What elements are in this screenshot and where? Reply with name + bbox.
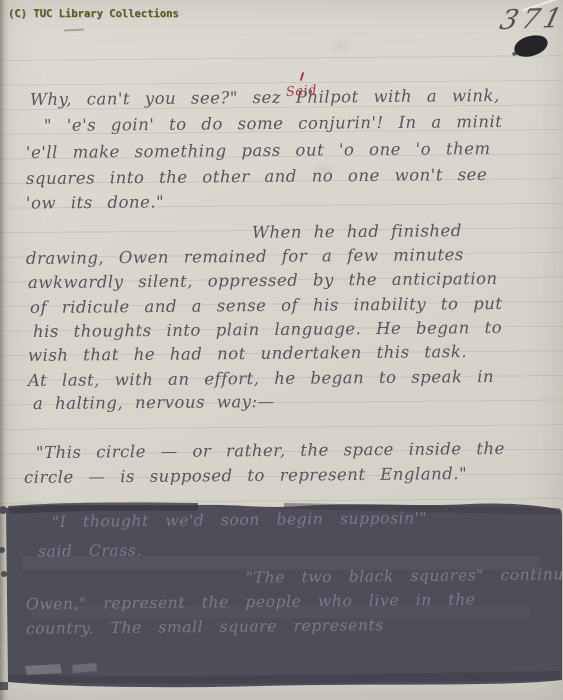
- handwriting-line: of ridicule and a sense of his inability…: [30, 294, 503, 317]
- handwriting-line: his thoughts into plain language. He beg…: [33, 318, 502, 341]
- page-left-edge: [0, 0, 9, 700]
- paper-stain: [325, 36, 355, 56]
- censored-handwriting-line: Owen," represent the people who live in …: [26, 591, 476, 614]
- handwriting-line: When he had finished: [252, 221, 462, 242]
- handwriting-line: wish that he had not undertaken this tas…: [28, 342, 467, 365]
- censored-handwriting-line: "I thought we'd soon begin supposin'": [52, 509, 427, 531]
- handwriting-line: " 'e's goin' to do some conjurin'! In a …: [44, 112, 503, 135]
- insertion-caret: [300, 72, 305, 81]
- library-watermark: (C) TUC Library Collections: [8, 8, 179, 20]
- manuscript-page: (C) TUC Library Collections 371 Why, can…: [0, 0, 563, 700]
- handwriting-line: 'ow its done.": [26, 192, 164, 212]
- censored-handwriting-line: said Crass.: [38, 541, 142, 560]
- handwriting-line: a halting, nervous way:—: [33, 392, 275, 413]
- pencil-dash: [64, 28, 84, 31]
- censored-handwriting-line: "The two black squares" continued: [246, 565, 563, 587]
- red-correction-annotation: Said: [286, 83, 318, 100]
- handwriting-line: circle — is supposed to represent Englan…: [24, 464, 467, 487]
- handwriting-line: At last, with an effort, he began to spe…: [28, 367, 494, 390]
- handwriting-line: "This circle — or rather, the space insi…: [36, 439, 505, 462]
- ink-blot-stain: [509, 33, 553, 61]
- handwriting-line: squares into the other and no one won't …: [26, 165, 487, 188]
- handwriting-line: awkwardly silent, oppressed by the antic…: [28, 269, 498, 292]
- handwriting-line: Why, can't you see?" sez Philpot with a …: [30, 86, 500, 109]
- censored-handwriting-line: country. The small square represents: [26, 616, 384, 638]
- handwriting-line: drawing, Owen remained for a few minutes: [26, 245, 464, 268]
- page-number: 371: [497, 3, 563, 36]
- handwriting-line: 'e'll make something pass out 'o one 'o …: [26, 139, 491, 162]
